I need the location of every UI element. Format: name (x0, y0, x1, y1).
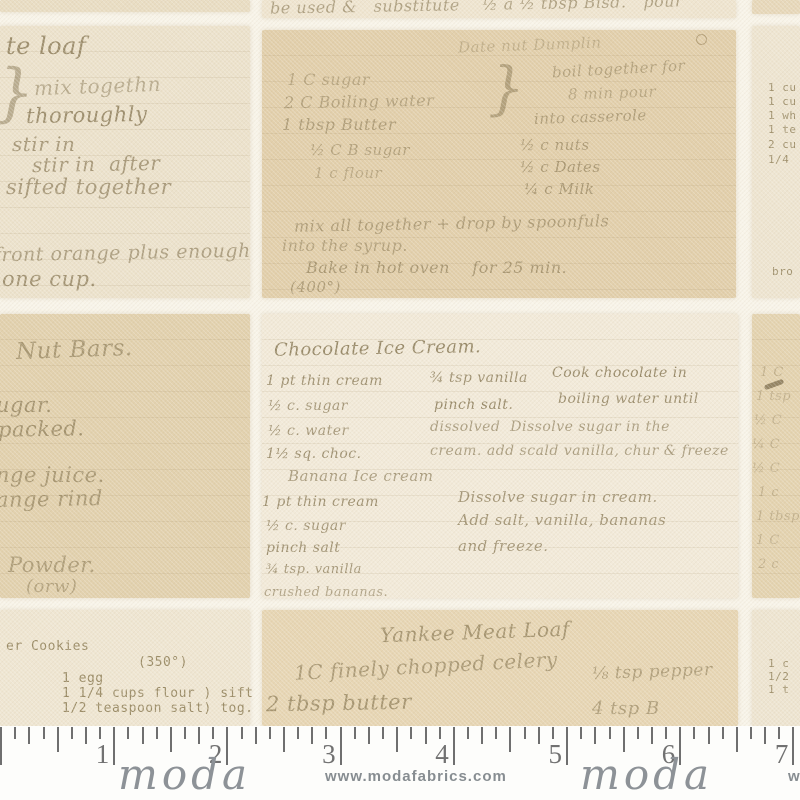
typed-line: 1/2 teaspoon salt) tog. (62, 702, 254, 716)
handwritten-line: Dissolve sugar in cream. (458, 490, 658, 506)
card-chocolate-ice-cream: Chocolate Ice Cream.1 pt thin cream¾ tsp… (262, 314, 738, 598)
handwritten-line: 1 C (756, 534, 780, 548)
card-date-nut-dumplins: Date nut Dumplin1 C sugar2 C Boiling wat… (262, 30, 736, 298)
handwritten-line: Add salt, vanilla, bananas (458, 513, 666, 529)
typed-line: 1 wh (768, 110, 797, 122)
handwritten-line: ½ c. water (268, 424, 349, 439)
handwritten-line: boiling water until (558, 392, 699, 407)
moda-website-url: www.modafabrics.com (788, 768, 800, 785)
handwritten-line: dissolved Dissolve sugar in the (430, 420, 670, 435)
handwritten-line: 1 tbsp Butter (282, 117, 396, 134)
card-strip-top-center: be used & substitute ½ a ½ tbsp Bisd. po… (262, 0, 736, 18)
handwritten-line: mix all together + drop by spoonfuls (294, 213, 610, 235)
handwritten-line: ½ c nuts (520, 138, 590, 154)
hole-punch-ring (696, 34, 707, 45)
handwritten-line: 1 pt thin cream (266, 374, 383, 389)
card-sliver-top-right (752, 0, 800, 14)
handwritten-line: ½ C B sugar (310, 143, 410, 159)
handwritten-line: ½ c Dates (520, 160, 601, 176)
fabric-swatch-photo: be used & substitute ½ a ½ tbsp Bisd. po… (0, 0, 800, 800)
handwritten-line: one cup. (2, 268, 97, 290)
handwritten-line: 1 C (760, 366, 784, 380)
handwritten-line: crushed bananas. (264, 586, 388, 600)
handwritten-line: ½ c. sugar (266, 519, 346, 534)
typed-line: 1 egg (62, 672, 104, 686)
typed-line: 1 c (768, 658, 789, 670)
card-loaf-notes: te loaf}mix togethnthoroughlystir instir… (0, 26, 250, 298)
handwritten-line: Bake in hot oven for 25 min. (306, 260, 567, 277)
handwritten-line: into the syrup. (282, 238, 408, 255)
handwritten-line: ¼ c Milk (524, 182, 595, 198)
handwritten-line: 1 pt thin cream (262, 495, 379, 510)
card-typed-right-bottom: 1 c1/21 t (752, 610, 800, 726)
handwritten-line: 2 C Boiling water (284, 93, 435, 112)
card-typed-right-top: 1 cu1 cu1 wh1 te2 cu1/4bro (752, 26, 800, 298)
handwritten-line: 1 tbsp (756, 510, 800, 524)
card-measures-right: 1 C1 tsp½ C¼ C½ C1 c1 tbsp1 C2 c (752, 314, 800, 598)
handwritten-line: Chocolate Ice Cream. (274, 338, 482, 361)
typed-line: 2 cu (768, 139, 797, 151)
handwritten-line: 1C finely chopped celery (294, 649, 559, 684)
typed-line: er Cookies (6, 640, 89, 654)
typed-line: 1 cu (768, 82, 797, 94)
typed-line: 1 te (768, 124, 797, 136)
card-cookies-typed: er Cookies(350°)1 egg1 1/4 cups flour ) … (0, 610, 250, 726)
handwritten-line: ugar. (0, 394, 52, 416)
handwritten-line: ¼ C (752, 438, 780, 452)
handwritten-line: Date nut Dumplin (458, 36, 602, 57)
handwritten-line: ange rind (0, 487, 103, 511)
handwritten-line: Nut Bars. (16, 336, 133, 364)
moda-logo: moda (118, 754, 251, 796)
handwritten-line: 8 min pour (568, 84, 657, 103)
handwritten-line: front orange plus enough (0, 242, 251, 266)
handwritten-line: 1 c flour (314, 166, 382, 182)
handwritten-line: 1 tsp (756, 390, 791, 404)
handwritten-line: ⅛ tsp pepper (592, 662, 713, 684)
handwritten-line: ½ C (752, 462, 780, 476)
typed-line: 1/2 (768, 671, 789, 683)
fabric-background: be used & substitute ½ a ½ tbsp Bisd. po… (0, 0, 800, 726)
handwritten-line: 1½ sq. choc. (266, 447, 362, 462)
handwritten-line: pinch salt (266, 541, 340, 556)
handwritten-line: ¾ tsp. vanilla (266, 563, 362, 577)
handwritten-line: Cook chocolate in (552, 366, 687, 381)
handwritten-line: boil together for (552, 59, 686, 82)
handwritten-line: (orw) (26, 578, 77, 597)
handwritten-line: 4 tsp B (592, 700, 660, 719)
card-meat-loaf: Yankee Meat Loaf1C finely chopped celery… (262, 610, 738, 726)
handwritten-line: 2 tbsp butter (266, 691, 412, 716)
handwritten-line: stir in after (32, 153, 161, 176)
handwritten-line: and freeze. (458, 539, 549, 555)
handwritten-line: mix togethn (34, 74, 162, 99)
typed-line: 1/4 (768, 154, 789, 166)
handwritten-line: thoroughly (26, 103, 148, 127)
handwritten-line: packed. (0, 417, 85, 441)
handwritten-line: nge juice. (0, 464, 105, 486)
handwritten-line: ½ c. sugar (268, 399, 348, 414)
typed-line: (350°) (138, 656, 188, 670)
moda-logo: moda (580, 754, 713, 796)
selvage-branding: modawww.modafabrics.commodawww.modafabri… (0, 726, 800, 800)
handwritten-line: sifted together (6, 176, 171, 198)
handwritten-line: } (488, 58, 525, 119)
card-sliver-top-left (0, 0, 250, 12)
handwritten-line: pinch salt. (434, 398, 513, 413)
handwritten-line: Banana Ice cream (288, 469, 434, 485)
typed-line: bro (772, 266, 793, 278)
handwritten-line: Powder. (8, 554, 96, 576)
handwritten-line: be used & substitute ½ a ½ tbsp Bisd. po… (270, 0, 683, 17)
typed-line: 1 cu (768, 96, 797, 108)
card-nut-bars: Nut Bars.ugar.packed.nge juice.ange rind… (0, 314, 250, 598)
handwritten-line: cream. add scald vanilla, chur & freeze (430, 444, 729, 459)
handwritten-line: 1 C sugar (287, 72, 370, 89)
handwritten-line: 1 c (758, 486, 779, 500)
handwritten-line: 2 c (758, 558, 779, 572)
typed-line: 1 t (768, 684, 789, 696)
typed-line: 1 1/4 cups flour ) sift (62, 687, 254, 701)
moda-website-url: www.modafabrics.com (325, 768, 507, 785)
handwritten-line: ½ C (754, 414, 782, 428)
handwritten-line: into casserole (534, 108, 647, 128)
handwritten-line: (400°) (290, 280, 341, 296)
handwritten-line: Yankee Meat Loaf (380, 619, 571, 647)
handwritten-line: ¾ tsp vanilla (430, 371, 528, 386)
